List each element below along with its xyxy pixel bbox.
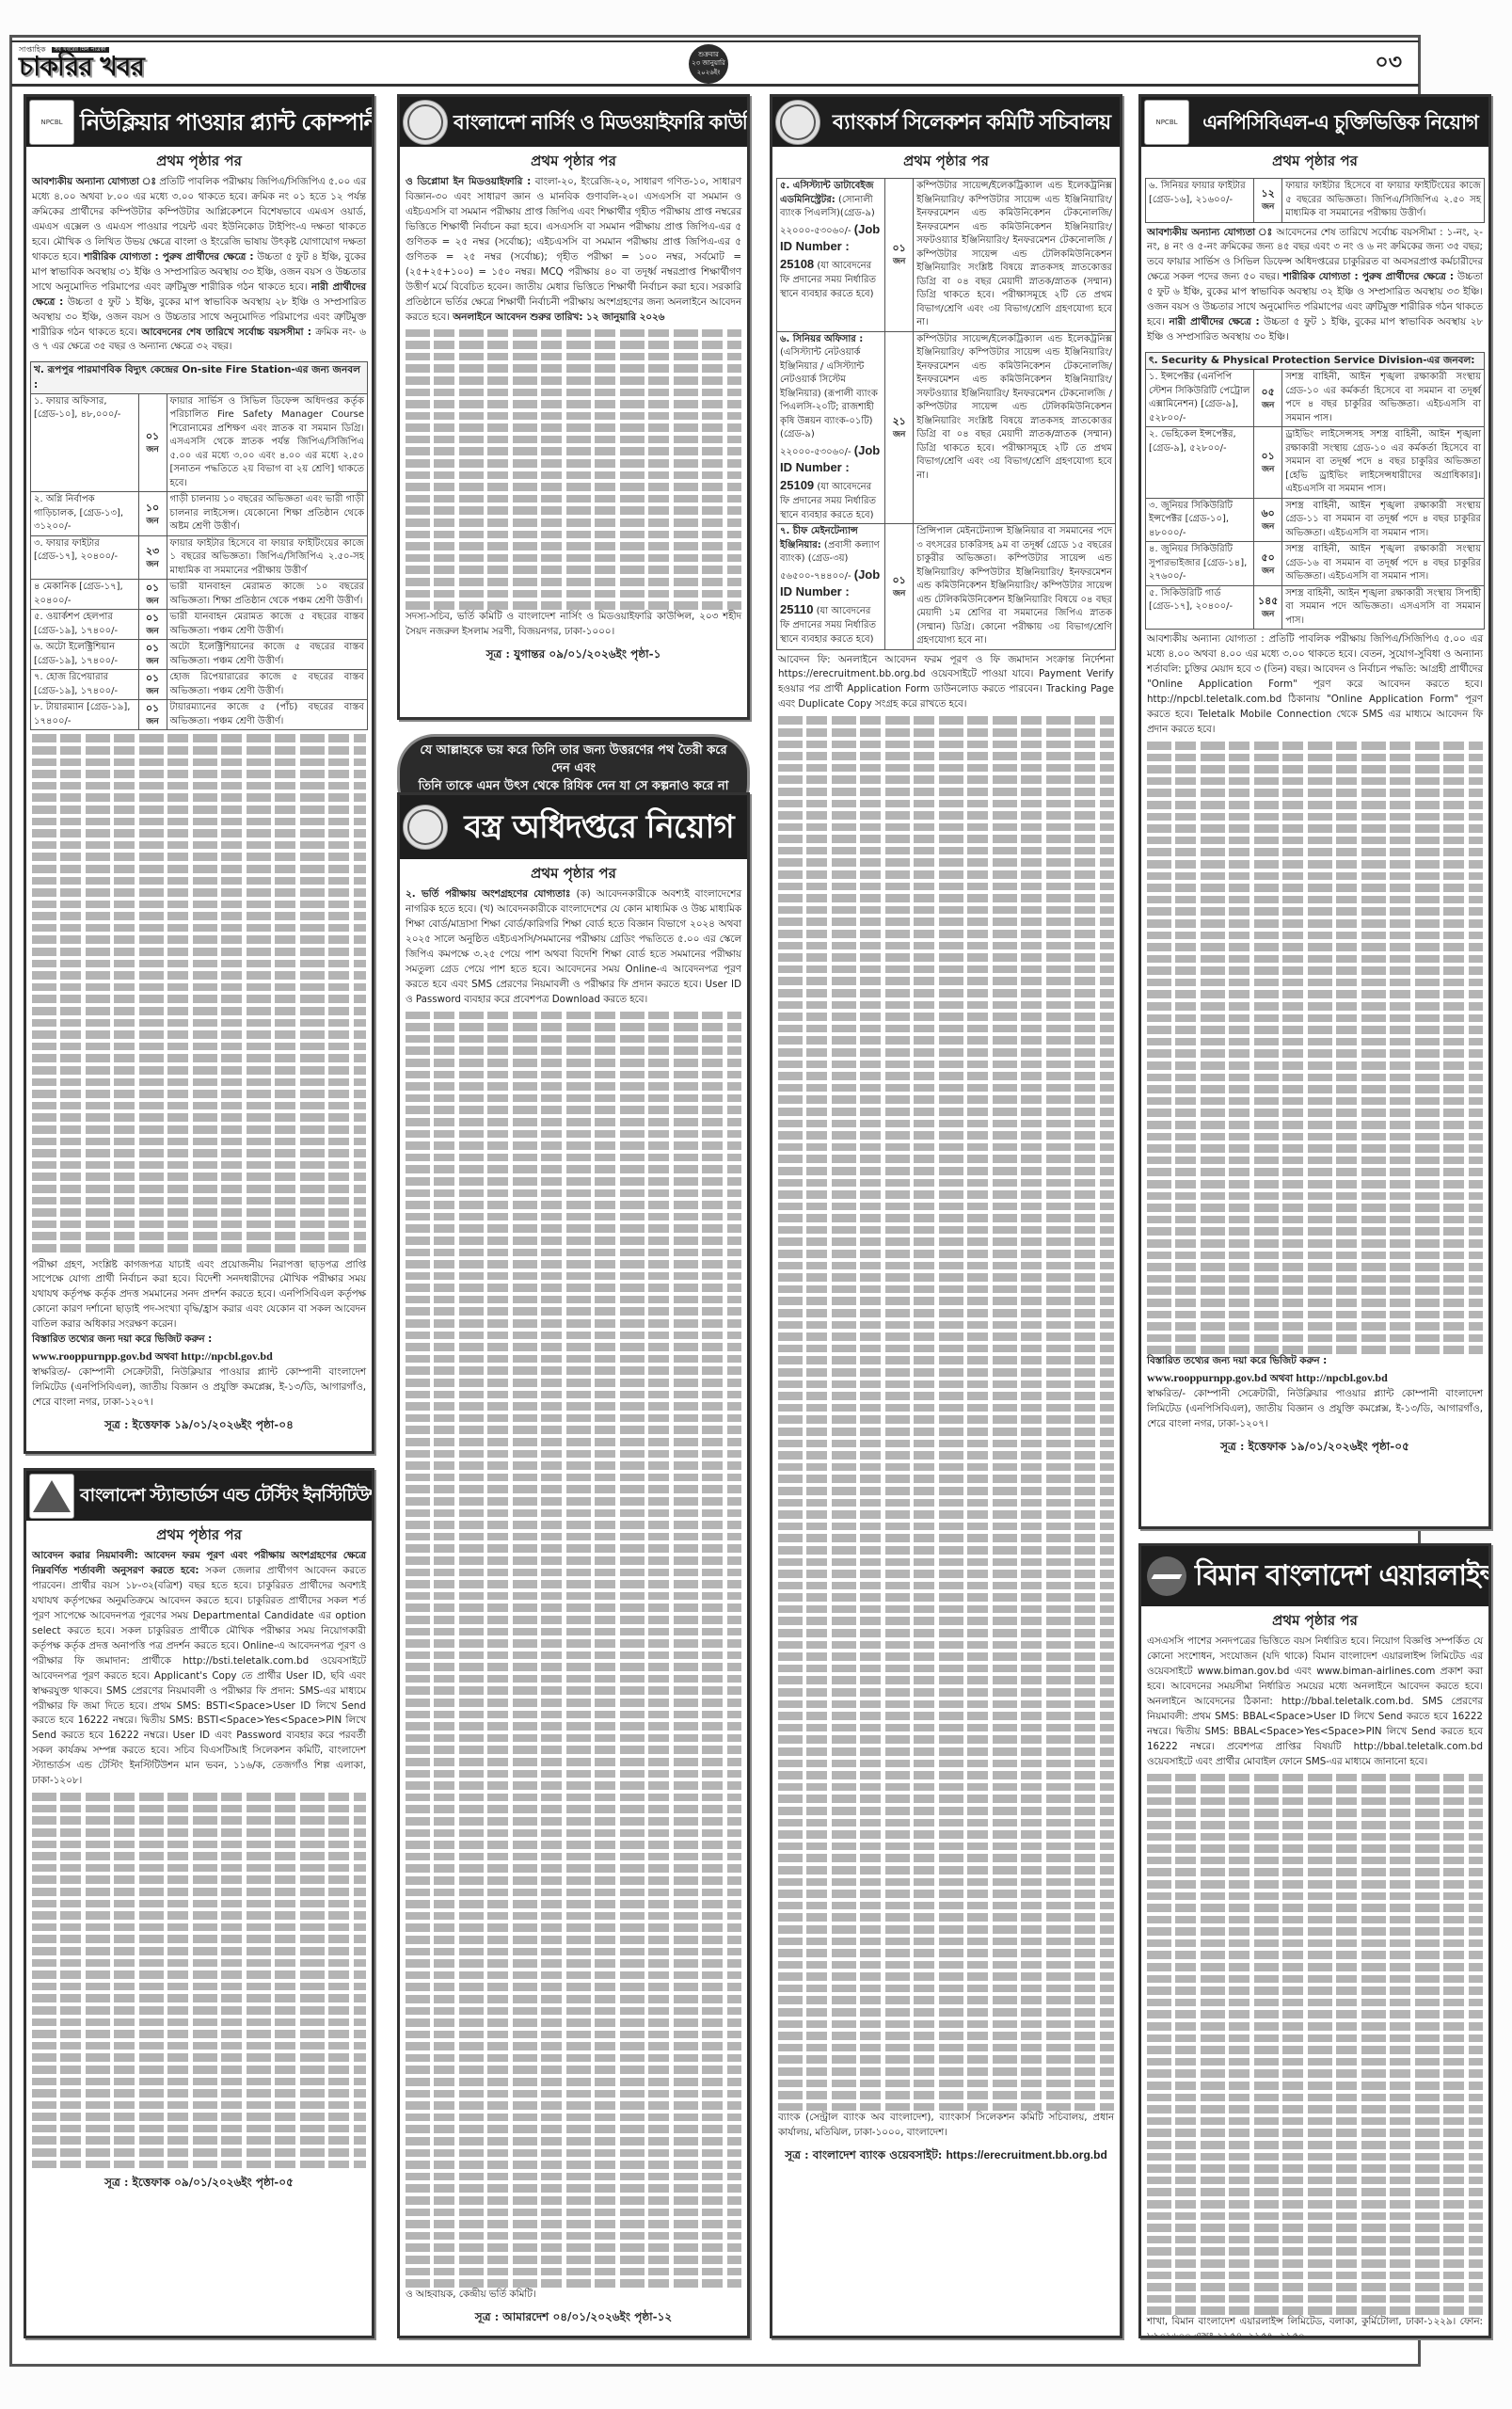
text-line [1147,2129,1483,2137]
website-link-1[interactable]: www.rooppurnpp.gov.bd [32,1349,152,1363]
biman-airplane-logo-icon [1144,1554,1189,1599]
job-table-top: ৬. সিনিয়র ফায়ার ফাইটার [গ্রেড-১৬], ২১৬… [1145,178,1485,223]
text-line [406,1035,741,1044]
text-line [406,1023,741,1031]
table-row: ৬. অটো ইলেক্ট্রিশিয়ান [গ্রেড-১৯], ১৭৪০০… [31,640,368,670]
issue-date: ২৩ জানুয়ারি ২০২৬ইং [689,59,728,76]
notice-npcbl-contract: NPCBL এনপিসিবিএল-এ চুক্তিভিত্তিক নিয়োগ … [1138,94,1491,1529]
text-line [1147,2164,1483,2173]
text-line [778,1949,1114,1957]
text-line [406,2031,741,2039]
text-line [406,1533,741,1541]
text-line [406,1781,741,1790]
job-post: ৫. এসিস্ট্যান্ট ডাটাবেইজ এডমিনিস্ট্রেটর:… [777,179,885,332]
continued-label: প্রথম পৃষ্ঠার পর [26,1523,372,1549]
text-line [778,1332,1114,1341]
text-line [1147,2046,1483,2054]
text-line [778,1036,1114,1045]
text-line [406,1948,741,1956]
text-line [1147,813,1483,822]
notice-title: বাংলাদেশ স্ট্যান্ডার্ডস এন্ড টেস্টিং ইনস… [80,1487,374,1505]
text-line [1147,2272,1483,2280]
text-line [406,1402,741,1411]
text-line [1147,1144,1483,1153]
notice-body-closing: পরীক্ষা গ্রহণ, সংশ্লিষ্ট কাগজপত্র যাচাই … [26,734,372,1414]
table-row: ৮. টায়ারম্যান [গ্রেড-১৯], ১৭৪০০/-০১জনটা… [31,700,368,730]
notice-body: আবেদন ফি: অনলাইনে আবেদন ফরম পূরণ ও ফি জম… [772,653,1120,2146]
text-line [778,775,1114,784]
text-line [1147,2069,1483,2078]
notice-title: বাংলাদেশ নার্সিং ও মিডওয়াইফারি কাউন্সিল [454,112,750,132]
source-line: সূত্র : ইত্তেফাক ০৯/০১/২০২৬ইং পৃষ্ঠা-০৫ [26,2172,372,2197]
job-post: ১. ইন্সপেক্টর (এনপিপি স্টেশন সিকিউরিটি প… [1146,370,1254,427]
text-line [406,1260,741,1268]
text-line [406,1817,741,1826]
text-line [1147,1286,1483,1295]
text-line [778,1712,1114,1720]
notice-textile: বস্ত্র অধিদপ্তরে নিয়োগ প্রথম পৃষ্ঠার পর… [397,792,750,2338]
text-line [406,2232,741,2241]
notice-title: নিউক্লিয়ার পাওয়ার প্ল্যান্ট কোম্পানী [80,111,374,134]
job-post: ৮. টায়ারম্যান [গ্রেড-১৯], ১৭৪০০/- [31,700,139,730]
source-line: সূত্র : বাংলাদেশ ব্যাংক ওয়েবসাইট: https… [772,2145,1120,2170]
text-line [1147,966,1483,975]
npcbl-logo-icon: NPCBL [1144,100,1189,145]
text-line [406,1699,741,1707]
text-line [778,1368,1114,1377]
job-requirements: প্রিন্সিপাল মেইনটেন্যান্স ইঞ্জিনিয়ার বা… [914,524,1116,650]
text-line [406,2209,741,2217]
text-line [406,1236,741,1245]
text-line [778,1747,1114,1756]
text-line [1147,2153,1483,2162]
text-line [778,2055,1114,2064]
job-vacancy-count: ২৩জন [138,535,167,580]
text-line [1147,1785,1483,1794]
text-line [778,1771,1114,1779]
text-line [1147,1999,1483,2007]
text-line [1147,765,1483,774]
text-line [778,1913,1114,1922]
job-post: ৫. ওয়ার্কশপ হেলপার [গ্রেড-১৯], ১৭৪০০/- [31,610,139,640]
text-line [778,1120,1114,1128]
text-line [1147,2141,1483,2149]
text-line [406,1971,741,1980]
notice-body: ২. ভর্তি পরীক্ষায় অংশগ্রহণের যোগ্যতাঃ (… [400,887,747,2306]
text-line [1147,2034,1483,2043]
website-link-2[interactable]: http://npcbl.gov.bd [181,1349,272,1363]
job-vacancy-count: ০১জন [138,580,167,610]
text-line [778,741,1114,749]
job-requirements: সশস্ত্র বাহিনী, আইন শৃঙ্খলা রক্ষাকারী সং… [1282,370,1485,427]
text-line [778,965,1114,974]
bsti-logo-icon [29,1474,74,1519]
job-post: ৭. চীফ মেইনটেন্যান্স ইঞ্জিনিয়ার: (প্রবা… [777,524,885,650]
text-line [406,1746,741,1754]
text-line [778,2091,1114,2099]
notice-body: আবেদন করার নিয়মাবলী: আবেদন ফরম পূরণ এবং… [26,1549,372,2172]
npcbl-logo-icon: NPCBL [29,100,74,145]
signature: শাখা, বিমান বাংলাদেশ এয়ারলাইন্স লিমিটেড… [1147,2315,1483,2338]
text-line [1147,1927,1483,1936]
text-line [778,858,1114,867]
notice-npcbl: NPCBL নিউক্লিয়ার পাওয়ার প্ল্যান্ট কোম্… [24,94,374,1454]
continued-label: প্রথম পৃষ্ঠার পর [400,149,747,175]
job-requirements: অটো ইলেক্ট্রিশিয়ানের কাজে ৫ বছরের বাস্ত… [167,640,367,670]
text-line [1147,1833,1483,1842]
text-line [778,1972,1114,1981]
table-row: ৫. এসিস্ট্যান্ট ডাটাবেইজ এডমিনিস্ট্রেটর:… [777,179,1116,332]
text-line [406,1141,741,1150]
job-post: ৭. হোজ রিপেয়ারার [গ্রেড-১৯], ১৭৪০০/- [31,670,139,700]
text-line [778,1214,1114,1222]
signature: ও আহবায়ক, কেন্দ্রীয় ভর্তি কমিটি। [406,2288,741,2303]
text-line [406,2018,741,2027]
text-line [778,1262,1114,1270]
text-line [1147,848,1483,856]
text-line [778,1440,1114,1448]
text-line [778,1428,1114,1436]
text-line [1147,2236,1483,2244]
text-line [406,1509,741,1518]
text-line [406,1675,741,1683]
text-line [1147,1204,1483,1212]
text-line [778,1985,1114,1993]
text-line [406,1319,741,1328]
text-line [406,1485,741,1493]
text-line [406,1189,741,1198]
text-line [778,1297,1114,1305]
job-requirements: হোজ রিপেয়ারারের কাজে ৫ বছরের বাস্তব অভি… [167,670,367,700]
notice-body: ও ডিপ্লোমা ইন মিডওয়াইফারি : বাংলা-২০, ই… [400,175,747,644]
text-line [406,2114,741,2122]
job-requirements: সশস্ত্র বাহিনী, আইন শৃঙ্খলা রক্ষাকারী সং… [1282,498,1485,542]
text-line [406,2173,741,2181]
text-line [406,1094,741,1103]
notice-body-rest: আবশ্যকীয় অন্যান্য যোগ্যতা : প্রতিটি পাব… [1141,632,1488,1435]
website-link-1[interactable]: www.rooppurnpp.gov.bd [1147,1371,1267,1384]
job-post: ৪. জুনিয়র সিকিউরিটি সুপারভাইজার [গ্রেড-… [1146,542,1254,586]
text-line [1147,1239,1483,1248]
text-line [406,1272,741,1281]
text-line [778,1582,1114,1590]
text-line [406,2279,741,2288]
text-line [778,1321,1114,1330]
signature: স্বাক্ষরিত/- কোম্পানী সেক্রেটারী, নিউক্ল… [32,1366,366,1408]
table-row: ৬. সিনিয়র ফায়ার ফাইটার [গ্রেড-১৬], ২১৬… [1146,179,1485,223]
text-line [778,1048,1114,1057]
job-requirements: ড্রাইভিং লাইসেন্সসহ সশস্ত্র বাহিনী, আইন … [1282,427,1485,499]
text-line [406,1071,741,1079]
text-line [778,1475,1114,1483]
table-row: ৬. সিনিয়র অফিসার : (এসিস্ট্যান্ট নেটওয়… [777,331,1116,524]
continued-label: প্রথম পৃষ্ঠার পর [1141,149,1488,175]
text-line [778,1629,1114,1637]
text-line [406,2054,741,2063]
text-line [406,1438,741,1446]
job-post: ২. অগ্নি নির্বাপক গাড়িচালক, [গ্রেড-১৩],… [31,492,139,536]
masthead: সাপ্তাহিক সব খবরের মিল পত্রিকা চাকরির খব… [11,40,1419,87]
job-vacancy-count: ১৪৫জন [1254,585,1282,630]
text-line [778,1866,1114,1875]
notice-title: ব্যাংকার্স সিলেকশন কমিটি সচিবালয় [826,112,1117,133]
job-vacancy-count: ১০জন [138,492,167,536]
text-line [1147,1963,1483,1971]
text-line [1147,1216,1483,1224]
text-line [1147,777,1483,786]
text-line [1147,2306,1483,2315]
text-line [778,953,1114,962]
text-line [778,1345,1114,1353]
job-requirements: টায়ারম্যানের কাজে ৫ (পাঁচ) বছরের বাস্তব… [167,700,367,730]
text-line [778,942,1114,950]
text-line [406,1580,741,1588]
text-line [406,1355,741,1364]
text-line [406,2220,741,2228]
text-line [1147,919,1483,928]
text-line [406,2007,741,2016]
text-line [406,1307,741,1316]
text-line [778,1688,1114,1697]
text-line [778,1807,1114,1815]
job-table: ৫. এসিস্ট্যান্ট ডাটাবেইজ এডমিনিস্ট্রেটর:… [776,178,1116,650]
text-line [406,1936,741,1944]
text-line [1147,1986,1483,1995]
text-line [778,847,1114,855]
newspaper-logo: সাপ্তাহিক সব খবরের মিল পত্রিকা চাকরির খব… [19,46,144,80]
continued-label: প্রথম পৃষ্ঠার পর [1141,1608,1488,1635]
job-vacancy-count: ০১জন [885,524,914,650]
text-line [1147,1014,1483,1023]
notice-header: বস্ত্র অধিদপ্তরে নিয়োগ [400,795,747,861]
text-line [406,1343,741,1351]
text-line [1147,1774,1483,1782]
text-line [406,1686,741,1695]
table-row: ৩. জুনিয়র সিকিউরিটি ইন্সপেক্টর [গ্রেড-১… [1146,498,1485,542]
text-line [406,2149,741,2158]
text-line [778,1652,1114,1661]
source-line: সূত্র : ইত্তেফাক ১৯/০১/২০২৬ইং পৃষ্ঠা-০৫ [1141,1436,1488,1461]
text-line [778,1724,1114,1732]
text-line [1147,943,1483,951]
text-line [406,1391,741,1399]
text-line [778,1190,1114,1199]
text-line [778,1938,1114,1946]
text-line [406,1722,741,1731]
notice-body: আবশ্যকীয় অন্যান্য যোগ্যতা ঃ প্রতিটি পাব… [26,175,372,359]
text-line [1147,1097,1483,1106]
job-vacancy-count: ০১জন [885,179,914,332]
job-post: ১. ফায়ার অফিসার, [গ্রেড-১০], ৪৮,০০০/- [31,393,139,492]
text-line [778,1487,1114,1495]
notice-title: বিমান বাংলাদেশ এয়ারলাইন্স [1195,1562,1491,1590]
job-requirements: গাড়ী চালনায় ১০ বছরের অভিজ্ঞতা এবং ভারী… [167,492,367,536]
text-line [406,1046,741,1055]
text-line [778,1665,1114,1673]
text-line [406,1770,741,1779]
text-line [1147,1002,1483,1011]
table-row: ৫. সিকিউরিটি গার্ড [গ্রেড-১৭], ২০৪০০/-১৪… [1146,585,1485,630]
text-line [778,2020,1114,2029]
job-vacancy-count: ২১জন [885,331,914,524]
text-line [406,1616,741,1624]
text-line [778,1783,1114,1792]
text-line [778,1534,1114,1542]
job-post: ৬. অটো ইলেক্ট্রিশিয়ান [গ্রেড-১৯], ১৭৪০০… [31,640,139,670]
text-line [406,1758,741,1766]
text-line [778,1273,1114,1282]
text-line [778,1415,1114,1424]
text-line [1147,824,1483,833]
job-vacancy-count: ০১জন [138,700,167,730]
text-line [778,1179,1114,1188]
text-line [406,2125,741,2133]
text-line [778,1961,1114,1970]
job-requirements: সশস্ত্র বাহিনী, আইন শৃঙ্খলা রক্ষাকারী সং… [1282,585,1485,630]
text-line [1147,1061,1483,1070]
text-line [1147,2058,1483,2066]
table-row: ৭. চীফ মেইনটেন্যান্স ইঞ্জিনিয়ার: (প্রবা… [777,524,1116,650]
text-line [406,1628,741,1636]
text-line [778,811,1114,820]
text-line [778,764,1114,773]
table-section-title: খ. রূপপুর পারমাণবিক বিদ্যুৎ কেন্দ্রের On… [31,362,368,393]
text-line [1147,896,1483,904]
text-line [778,1392,1114,1400]
text-line [1147,2188,1483,2196]
text-line [406,1106,741,1114]
table-row: ২. অগ্নি নির্বাপক গাড়িচালক, [গ্রেড-১৩],… [31,492,368,536]
text-line [778,2008,1114,2017]
text-line [778,1700,1114,1709]
job-vacancy-count: ০১জন [138,610,167,640]
job-post: ৬. সিনিয়র অফিসার : (এসিস্ট্যান্ট নেটওয়… [777,331,885,524]
text-line [1147,1109,1483,1117]
text-line [406,2256,741,2264]
notice-header: NPCBL এনপিসিবিএল-এ চুক্তিভিত্তিক নিয়োগ [1141,97,1488,149]
text-line [406,1734,741,1743]
text-line [1147,1916,1483,1924]
text-line [1147,1892,1483,1901]
job-vacancy-count: ০১জন [138,393,167,492]
text-line [778,2067,1114,2076]
job-post: ২. ভেহিকেল ইন্সপেক্টর, [গ্রেড-৯], ৫২৮০০/… [1146,427,1254,499]
text-line [406,1224,741,1233]
text-line [1147,1168,1483,1176]
text-line [1147,1334,1483,1343]
text-line [778,930,1114,938]
text-line [406,1923,741,1932]
text-line [1147,907,1483,916]
text-line [778,728,1114,737]
text-line [778,883,1114,891]
text-line [1147,837,1483,845]
text-line [406,1154,741,1162]
text-line [406,1912,741,1921]
text-line [406,1651,741,1660]
text-line [1147,801,1483,809]
job-table: খ. রূপপুর পারমাণবিক বিদ্যুৎ কেন্দ্রের On… [30,361,368,730]
text-line [406,2161,741,2169]
text-line [778,1203,1114,1211]
text-line [778,1523,1114,1531]
text-line [778,1558,1114,1567]
text-line [406,1118,741,1126]
text-line [406,1569,741,1577]
text-line [406,1059,741,1067]
notice-title: এনপিসিবিএল-এ চুক্তিভিত্তিক নিয়োগ [1195,112,1486,132]
text-line [778,1499,1114,1508]
text-line [778,2032,1114,2040]
text-line [1147,1322,1483,1331]
table-row: ৫. ওয়ার্কশপ হেলপার [গ্রেড-১৯], ১৭৪০০/-০… [31,610,368,640]
job-vacancy-count: ০১জন [138,640,167,670]
text-line [778,1902,1114,1910]
text-line [406,1379,741,1387]
text-line [1147,1346,1483,1354]
text-line [778,1451,1114,1460]
text-line [1147,1227,1483,1236]
text-line [778,1001,1114,1010]
text-line [406,1249,741,1257]
text-line [1147,2224,1483,2232]
text-line [406,1876,741,1885]
text-line [1147,1951,1483,1959]
job-post: ৪ মেকানিক [গ্রেড-১৭], ২০৪০০/- [31,580,139,610]
text-line [778,1095,1114,1104]
text-line [1147,1157,1483,1165]
text-line [778,989,1114,997]
government-seal-icon [403,805,448,850]
text-line [778,752,1114,760]
text-line [406,2101,741,2110]
notice-biman: বিমান বাংলাদেশ এয়ারলাইন্স প্রথম পৃষ্ঠার… [1138,1543,1491,2338]
text-line [778,870,1114,879]
text-line [778,2044,1114,2052]
table-row: ৪. জুনিয়র সিকিউরিটি সুপারভাইজার [গ্রেড-… [1146,542,1485,586]
job-vacancy-count: ৬০জন [1254,498,1282,542]
text-line [406,1213,741,1221]
notice-bsti: বাংলাদেশ স্ট্যান্ডার্ডস এন্ড টেস্টিং ইনস… [24,1468,374,2338]
website-link-2[interactable]: http://npcbl.gov.bd [1296,1371,1387,1384]
text-line [406,2042,741,2050]
text-line [406,1366,741,1375]
text-line [1147,754,1483,762]
text-line [1147,2082,1483,2090]
text-line [406,1889,741,1897]
text-line [778,800,1114,808]
source-url-link[interactable]: https://erecruitment.bb.org.bd [946,2148,1106,2162]
text-line [1147,1180,1483,1189]
text-line [406,1829,741,1838]
text-line [778,823,1114,832]
text-line [1147,1904,1483,1912]
job-vacancy-count: ০১জন [1254,427,1282,499]
signature: স্বাক্ষরিত/- কোম্পানী সেক্রেটারী, নিউক্ল… [1147,1388,1483,1429]
source-line: সূত্র : যুগান্তর ০৯/০১/২০২৬ইং পৃষ্ঠা-১ [400,644,747,669]
text-line [778,1167,1114,1175]
text-line [406,1864,741,1873]
job-post: ৩. ফায়ার ফাইটার [গ্রেড-১৭], ২০৪০০/- [31,535,139,580]
text-line [778,894,1114,902]
job-vacancy-count: ০৫জন [1254,370,1282,427]
text-line [406,1130,741,1139]
job-requirements: কম্পিউটার সায়েন্স/ইলেকট্রিক্যাল এন্ড ইল… [914,179,1116,332]
text-line [778,1084,1114,1093]
text-line [1147,1049,1483,1058]
text-line [778,906,1114,915]
text-line [778,1380,1114,1389]
